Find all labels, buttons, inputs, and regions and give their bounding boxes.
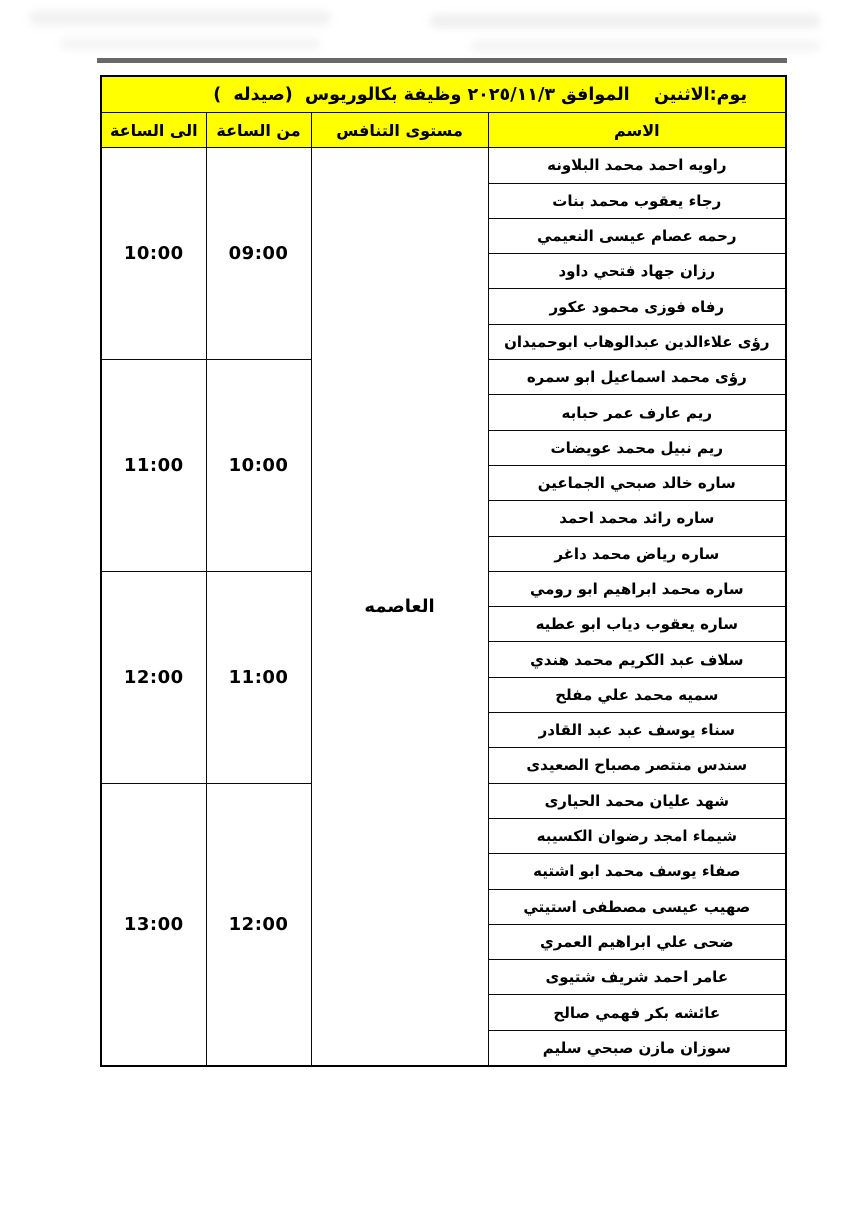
- name-cell: ريم عارف عمر حبابه: [488, 395, 786, 430]
- name-cell: ضحى علي ابراهيم العمري: [488, 924, 786, 959]
- scan-noise: [60, 38, 320, 50]
- name-cell: رؤى محمد اسماعيل ابو سمره: [488, 360, 786, 395]
- column-header-name: الاسم: [488, 113, 786, 148]
- name-cell: صهيب عيسى مصطفى استيتي: [488, 889, 786, 924]
- level-cell: العاصمه: [311, 148, 488, 1066]
- time-to-cell: 13:00: [101, 783, 206, 1065]
- name-cell: ساره يعقوب دياب ابو عطيه: [488, 607, 786, 642]
- table-title-row: يوم:الاثنين الموافق ٢٠٢٥/١١/٣ وظيفة بكال…: [101, 76, 786, 113]
- time-from-cell: 11:00: [206, 571, 311, 783]
- column-header-from: من الساعة: [206, 113, 311, 148]
- name-cell: رزان جهاد فتحي داود: [488, 254, 786, 289]
- name-cell: رفاه فوزى محمود عكور: [488, 289, 786, 324]
- name-cell: عامر احمد شريف شتيوى: [488, 960, 786, 995]
- name-cell: سندس منتصر مصباح الصعيدى: [488, 748, 786, 783]
- name-cell: سلاف عبد الكريم محمد هندي: [488, 642, 786, 677]
- table-header-row: الاسم مستوى التنافس من الساعة الى الساعة: [101, 113, 786, 148]
- name-cell: عائشه بكر فهمي صالح: [488, 995, 786, 1030]
- column-header-to: الى الساعة: [101, 113, 206, 148]
- name-cell: ريم نبيل محمد عويضات: [488, 430, 786, 465]
- name-cell: رحمه عصام عيسى النعيمي: [488, 218, 786, 253]
- name-cell: رجاء يعقوب محمد بنات: [488, 183, 786, 218]
- name-cell: شهد عليان محمد الحيارى: [488, 783, 786, 818]
- name-cell: راويه احمد محمد البلاونه: [488, 148, 786, 183]
- name-cell: سوزان مازن صبحي سليم: [488, 1030, 786, 1065]
- name-cell: سميه محمد علي مفلح: [488, 677, 786, 712]
- time-to-cell: 12:00: [101, 571, 206, 783]
- schedule-table: يوم:الاثنين الموافق ٢٠٢٥/١١/٣ وظيفة بكال…: [100, 75, 787, 1067]
- name-cell: رؤى علاءالدين عبدالوهاب ابوحميدان: [488, 324, 786, 359]
- column-header-level: مستوى التنافس: [311, 113, 488, 148]
- time-to-cell: 11:00: [101, 360, 206, 572]
- name-cell: ساره رياض محمد داغر: [488, 536, 786, 571]
- name-cell: ساره رائد محمد احمد: [488, 501, 786, 536]
- scan-noise: [430, 14, 820, 28]
- scan-noise: [470, 40, 820, 52]
- table-title: يوم:الاثنين الموافق ٢٠٢٥/١١/٣ وظيفة بكال…: [101, 76, 786, 113]
- time-to-cell: 10:00: [101, 148, 206, 360]
- time-from-cell: 12:00: [206, 783, 311, 1065]
- name-cell: ساره خالد صبحي الجماعين: [488, 465, 786, 500]
- scan-noise: [30, 10, 330, 26]
- table-row: راويه احمد محمد البلاونهالعاصمه09:0010:0…: [101, 148, 786, 183]
- time-from-cell: 09:00: [206, 148, 311, 360]
- table-body: راويه احمد محمد البلاونهالعاصمه09:0010:0…: [101, 148, 786, 1066]
- name-cell: ساره محمد ابراهيم ابو رومي: [488, 571, 786, 606]
- time-from-cell: 10:00: [206, 360, 311, 572]
- name-cell: صفاء يوسف محمد ابو اشتيه: [488, 854, 786, 889]
- name-cell: شيماء امجد رضوان الكسيبه: [488, 818, 786, 853]
- scan-artifact-line: [97, 58, 787, 63]
- name-cell: سناء يوسف عبد عبد القادر: [488, 713, 786, 748]
- document-page: يوم:الاثنين الموافق ٢٠٢٥/١١/٣ وظيفة بكال…: [0, 0, 850, 1210]
